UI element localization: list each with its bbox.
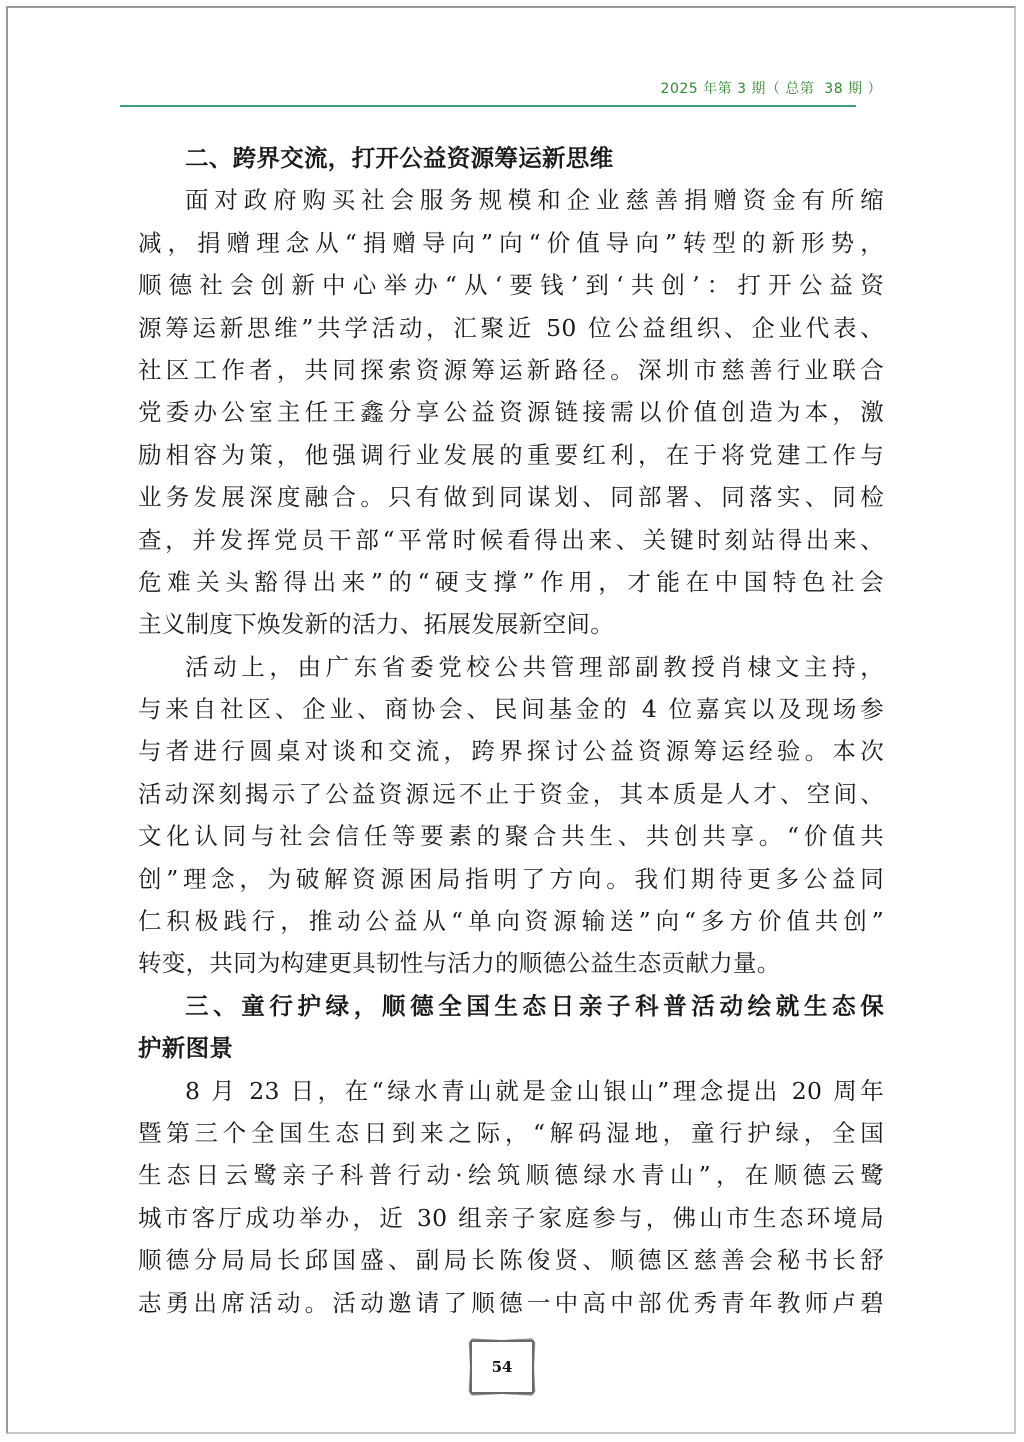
text-line: 8 月 23 日，在“绿水青山就是金山银山”理念提出 20 周年 bbox=[138, 1070, 884, 1112]
page-number-badge: 54 bbox=[470, 1340, 534, 1394]
text-line: 危难关头豁得出来”的“硬支撑”作用，才能在中国特色社会 bbox=[138, 561, 884, 603]
text-line: 业务发展深度融合。只有做到同谋划、同部署、同落实、同检 bbox=[138, 476, 884, 518]
header-rule bbox=[120, 105, 856, 107]
text-line: 源筹运新思维”共学活动，汇聚近 50 位公益组织、企业代表、 bbox=[138, 307, 884, 349]
paragraph: 面对政府购买社会服务规模和企业慈善捐赠资金有所缩 减，捐赠理念从“捐赠导向”向“… bbox=[138, 179, 884, 645]
text-line: 顺德社会创新中心举办“从‘要钱’到‘共创’：打开公益资 bbox=[138, 264, 884, 306]
article-body: 二、跨界交流，打开公益资源筹运新思维 面对政府购买社会服务规模和企业慈善捐赠资金… bbox=[138, 137, 884, 1324]
text-line: 主义制度下焕发新的活力、拓展发展新空间。 bbox=[138, 603, 884, 645]
text-line: 顺德分局局长邱国盛、副局长陈俊贤、顺德区慈善会秘书长舒 bbox=[138, 1239, 884, 1281]
section-heading-continued: 护新图景 bbox=[138, 1027, 884, 1069]
text-line: 暨第三个全国生态日到来之际，“解码湿地，童行护绿，全国 bbox=[138, 1112, 884, 1154]
text-line: 活动深刻揭示了公益资源远不止于资金，其本质是人才、空间、 bbox=[138, 773, 884, 815]
text-line: 社区工作者，共同探索资源筹运新路径。深圳市慈善行业联合 bbox=[138, 349, 884, 391]
text-line: 与者进行圆桌对谈和交流，跨界探讨公益资源筹运经验。本次 bbox=[138, 730, 884, 772]
text-line: 面对政府购买社会服务规模和企业慈善捐赠资金有所缩 bbox=[138, 179, 884, 221]
section-heading: 二、跨界交流，打开公益资源筹运新思维 bbox=[138, 137, 884, 179]
paragraph: 活动上，由广东省委党校公共管理部副教授肖棣文主持， 与来自社区、企业、商协会、民… bbox=[138, 646, 884, 985]
page-number: 54 bbox=[470, 1340, 534, 1394]
text-line: 查，并发挥党员干部“平常时候看得出来、关键时刻站得出来、 bbox=[138, 519, 884, 561]
text-line: 志勇出席活动。活动邀请了顺德一中高中部优秀青年教师卢碧 bbox=[138, 1282, 884, 1324]
text-line: 创”理念，为破解资源困局指明了方向。我们期待更多公益同 bbox=[138, 858, 884, 900]
text-line: 党委办公室主任王鑫分享公益资源链接需以价值创造为本，激 bbox=[138, 391, 884, 433]
text-line: 励相容为策，他强调行业发展的重要红利，在于将党建工作与 bbox=[138, 434, 884, 476]
text-line: 与来自社区、企业、商协会、民间基金的 4 位嘉宾以及现场参 bbox=[138, 688, 884, 730]
text-line: 转变，共同为构建更具韧性与活力的顺德公益生态贡献力量。 bbox=[138, 942, 884, 984]
text-line: 城市客厅成功举办，近 30 组亲子家庭参与，佛山市生态环境局 bbox=[138, 1197, 884, 1239]
issue-label: 2025 年第 3 期（ 总第 38 期 ） bbox=[661, 78, 882, 98]
text-line: 仁积极践行，推动公益从“单向资源输送”向“多方价值共创” bbox=[138, 900, 884, 942]
section-heading: 三、童行护绿，顺德全国生态日亲子科普活动绘就生态保 bbox=[138, 985, 884, 1027]
text-line: 文化认同与社会信任等要素的聚合共生、共创共享。“价值共 bbox=[138, 815, 884, 857]
paragraph: 8 月 23 日，在“绿水青山就是金山银山”理念提出 20 周年 暨第三个全国生… bbox=[138, 1070, 884, 1324]
text-line: 生态日云鹭亲子科普行动·绘筑顺德绿水青山”，在顺德云鹭 bbox=[138, 1154, 884, 1196]
text-line: 减，捐赠理念从“捐赠导向”向“价值导向”转型的新形势， bbox=[138, 222, 884, 264]
text-line: 活动上，由广东省委党校公共管理部副教授肖棣文主持， bbox=[138, 646, 884, 688]
